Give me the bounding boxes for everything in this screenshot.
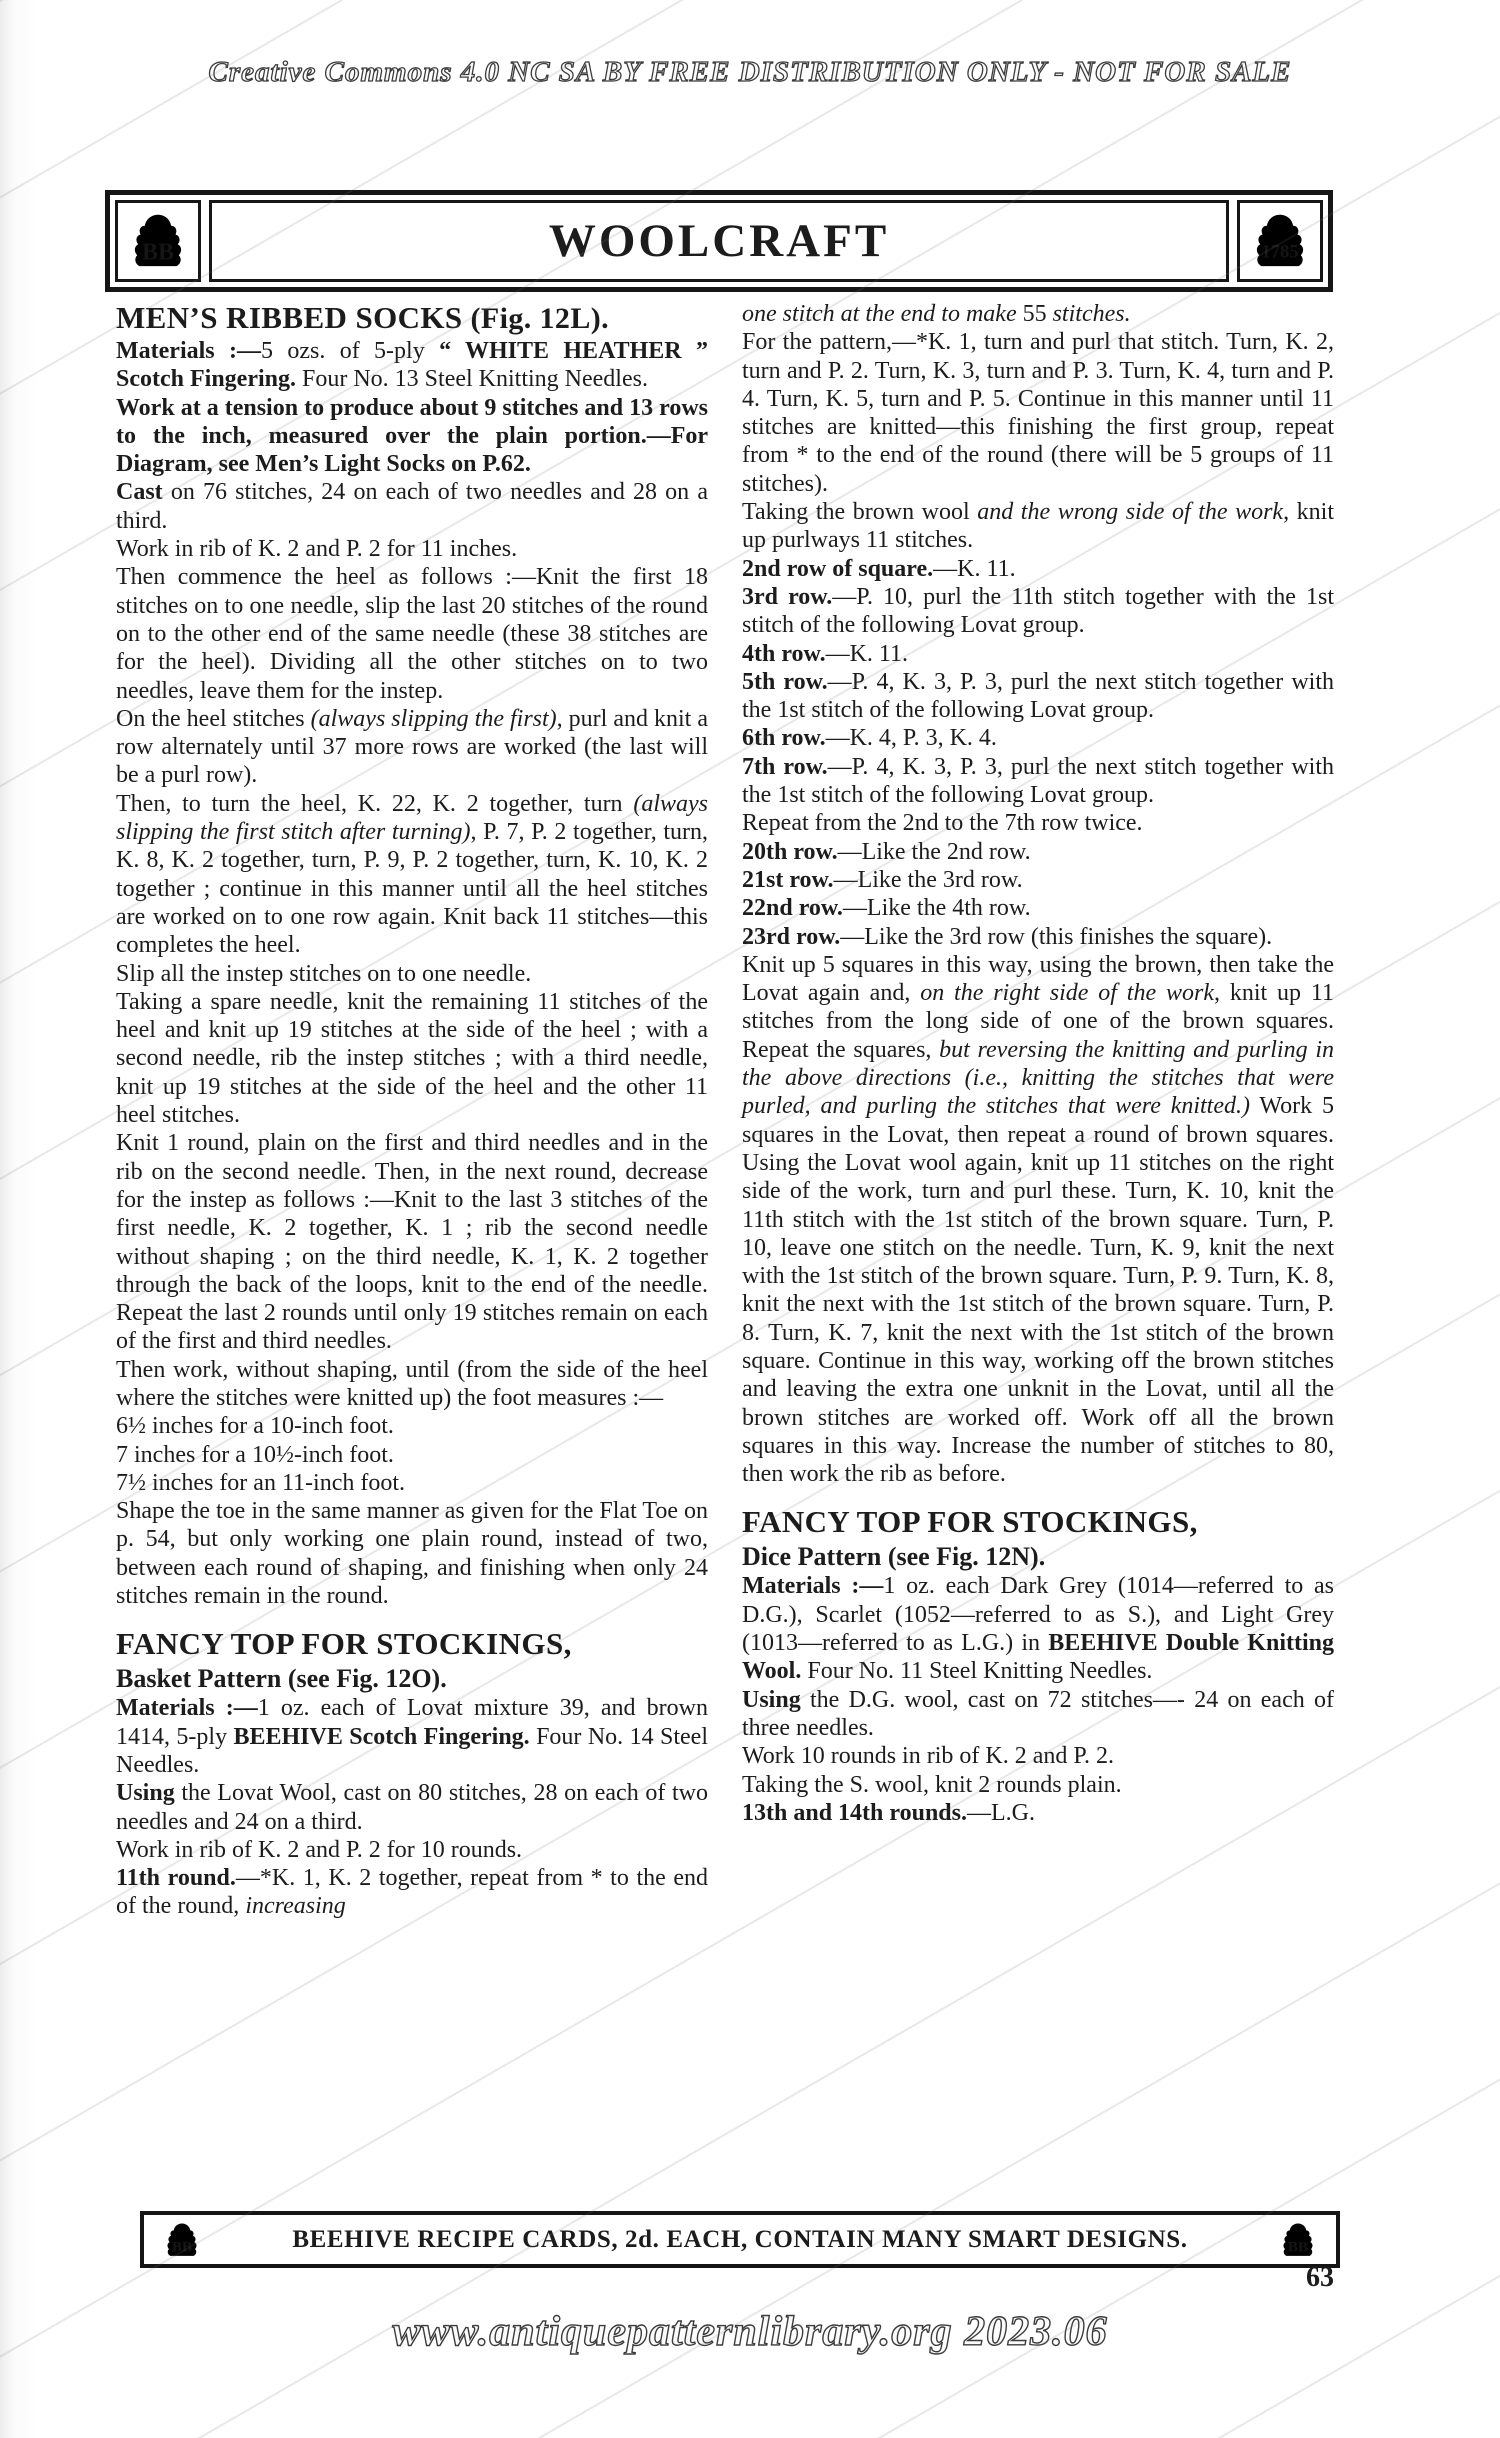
header-left-logo-box: BB xyxy=(115,200,201,282)
paragraph: Then commence the heel as follows :—Knit… xyxy=(116,563,708,704)
license-banner-text: Creative Commons 4.0 NC SA BY FREE DISTR… xyxy=(0,56,1500,89)
section-heading: FANCY TOP FOR STOCKINGS, xyxy=(742,1504,1334,1541)
beehive-bb-icon: BB xyxy=(1276,2218,1320,2262)
paragraph: For the pattern,—*K. 1, turn and purl th… xyxy=(742,328,1334,498)
title-box: WOOLCRAFT xyxy=(209,200,1229,282)
paragraph: Materials :—1 oz. each Dark Grey (1014—r… xyxy=(742,1572,1334,1685)
paragraph: On the heel stitches (always slipping th… xyxy=(116,705,708,790)
paragraph: Knit up 5 squares in this way, using the… xyxy=(742,951,1334,1489)
page-header: BB WOOLCRAFT 1785 xyxy=(105,190,1333,292)
paragraph: Materials :—1 oz. each of Lovat mixture … xyxy=(116,1694,708,1779)
paragraph: 3rd row.—P. 10, purl the 11th stitch tog… xyxy=(742,583,1334,640)
section-heading: Dice Pattern (see Fig. 12N). xyxy=(742,1541,1334,1572)
paragraph: 23rd row.—Like the 3rd row (this finishe… xyxy=(742,923,1334,951)
text-columns: MEN’S RIBBED SOCKS (Fig. 12L).Materials … xyxy=(116,300,1334,1921)
paragraph: 7½ inches for an 11-inch foot. xyxy=(116,1469,708,1497)
header-right-logo-box: 1785 xyxy=(1237,200,1323,282)
paragraph: 11th round.—*K. 1, K. 2 together, repeat… xyxy=(116,1864,708,1921)
paragraph: Work in rib of K. 2 and P. 2 for 10 roun… xyxy=(116,1836,708,1864)
paragraph: Work 10 rounds in rib of K. 2 and P. 2. xyxy=(742,1742,1334,1770)
paragraph: 22nd row.—Like the 4th row. xyxy=(742,894,1334,922)
svg-text:1785: 1785 xyxy=(1261,241,1298,262)
svg-text:BB: BB xyxy=(142,240,174,266)
paragraph: Knit 1 round, plain on the first and thi… xyxy=(116,1129,708,1355)
paragraph: 13th and 14th rounds.—L.G. xyxy=(742,1799,1334,1827)
paragraph: Shape the toe in the same manner as give… xyxy=(116,1497,708,1610)
beehive-bb-icon: BB xyxy=(123,206,193,276)
paragraph: 5th row.—P. 4, K. 3, P. 3, purl the next… xyxy=(742,668,1334,725)
page-number: 63 xyxy=(1306,2262,1334,2294)
paragraph: Materials :—5 ozs. of 5-ply “ WHITE HEAT… xyxy=(116,337,708,394)
beehive-bb-icon: BB xyxy=(160,2218,204,2262)
paragraph: 7th row.—P. 4, K. 3, P. 3, purl the next… xyxy=(742,753,1334,810)
footer-banner: BB BEEHIVE RECIPE CARDS, 2d. EACH, CONTA… xyxy=(140,2211,1340,2268)
paragraph: Work in rib of K. 2 and P. 2 for 11 inch… xyxy=(116,535,708,563)
paragraph: 21st row.—Like the 3rd row. xyxy=(742,866,1334,894)
archive-credit-text: www.antiquepatternlibrary.org 2023.06 xyxy=(0,2308,1500,2356)
paragraph: Taking the brown wool and the wrong side… xyxy=(742,498,1334,555)
paragraph: 2nd row of square.—K. 11. xyxy=(742,555,1334,583)
section-heading: MEN’S RIBBED SOCKS (Fig. 12L). xyxy=(116,300,708,337)
right-column: one stitch at the end to make 55 stitche… xyxy=(742,300,1334,1921)
paragraph: Then, to turn the heel, K. 22, K. 2 toge… xyxy=(116,790,708,960)
paragraph: 20th row.—Like the 2nd row. xyxy=(742,838,1334,866)
section-heading: Basket Pattern (see Fig. 12O). xyxy=(116,1663,708,1694)
beehive-1785-icon: 1785 xyxy=(1245,206,1315,276)
paragraph: Then work, without shaping, until (from … xyxy=(116,1356,708,1413)
left-column: MEN’S RIBBED SOCKS (Fig. 12L).Materials … xyxy=(116,300,708,1921)
paragraph: Slip all the instep stitches on to one n… xyxy=(116,960,708,988)
paragraph: one stitch at the end to make 55 stitche… xyxy=(742,300,1334,328)
page-title: WOOLCRAFT xyxy=(549,214,889,268)
paragraph: Taking a spare needle, knit the remainin… xyxy=(116,988,708,1129)
paragraph: 7 inches for a 10½-inch foot. xyxy=(116,1441,708,1469)
paragraph: Cast on 76 stitches, 24 on each of two n… xyxy=(116,478,708,535)
paragraph: Using the D.G. wool, cast on 72 stitches… xyxy=(742,1686,1334,1743)
svg-text:BB: BB xyxy=(1288,2239,1308,2255)
svg-text:BB: BB xyxy=(172,2239,192,2255)
paragraph: Repeat from the 2nd to the 7th row twice… xyxy=(742,809,1334,837)
section-heading: FANCY TOP FOR STOCKINGS, xyxy=(116,1626,708,1663)
paragraph: 6½ inches for a 10-inch foot. xyxy=(116,1412,708,1440)
paragraph: Taking the S. wool, knit 2 rounds plain. xyxy=(742,1771,1334,1799)
paragraph: 4th row.—K. 11. xyxy=(742,640,1334,668)
paragraph: Work at a tension to produce about 9 sti… xyxy=(116,394,708,479)
scanned-page: Creative Commons 4.0 NC SA BY FREE DISTR… xyxy=(0,0,1500,2438)
paragraph: 6th row.—K. 4, P. 3, K. 4. xyxy=(742,724,1334,752)
footer-banner-text: BEEHIVE RECIPE CARDS, 2d. EACH, CONTAIN … xyxy=(204,2226,1276,2254)
paragraph: Using the Lovat Wool, cast on 80 stitche… xyxy=(116,1779,708,1836)
